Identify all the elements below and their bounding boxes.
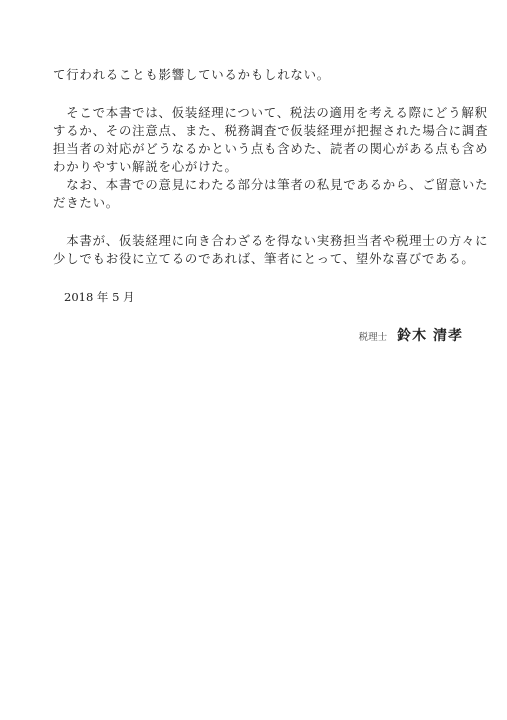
text-line: そこで本書では、仮装経理について、税法の適用を考える際にどう解釈 — [53, 104, 488, 122]
text-line: するか、その注意点、また、税務調査で仮装経理が把握された場合に調査 — [53, 122, 488, 140]
signature-name: 鈴木 清孝 — [397, 328, 463, 344]
text-line: だきたい。 — [53, 194, 119, 212]
signature-title: 税理士 — [359, 332, 388, 343]
document-page: て行われることも影響しているかもしれない。 そこで本書では、仮装経理について、税… — [0, 0, 507, 720]
date-line: 2018 年 5 月 — [64, 288, 135, 306]
text-line: 本書が、仮装経理に向き合わざるを得ない実務担当者や税理士の方々に — [53, 232, 488, 250]
text-line: わかりやすい解説を心がけた。 — [53, 158, 238, 176]
signature: 税理士鈴木 清孝 — [359, 325, 463, 345]
text-line: 少しでもお役に立てるのであれば、筆者にとって、望外な喜びである。 — [53, 250, 475, 268]
text-line: て行われることも影響しているかもしれない。 — [53, 66, 330, 84]
text-line: 担当者の対応がどうなるかという点も含めた、読者の関心がある点も含め — [53, 140, 488, 158]
text-line: なお、本書での意見にわたる部分は筆者の私見であるから、ご留意いた — [53, 176, 488, 194]
